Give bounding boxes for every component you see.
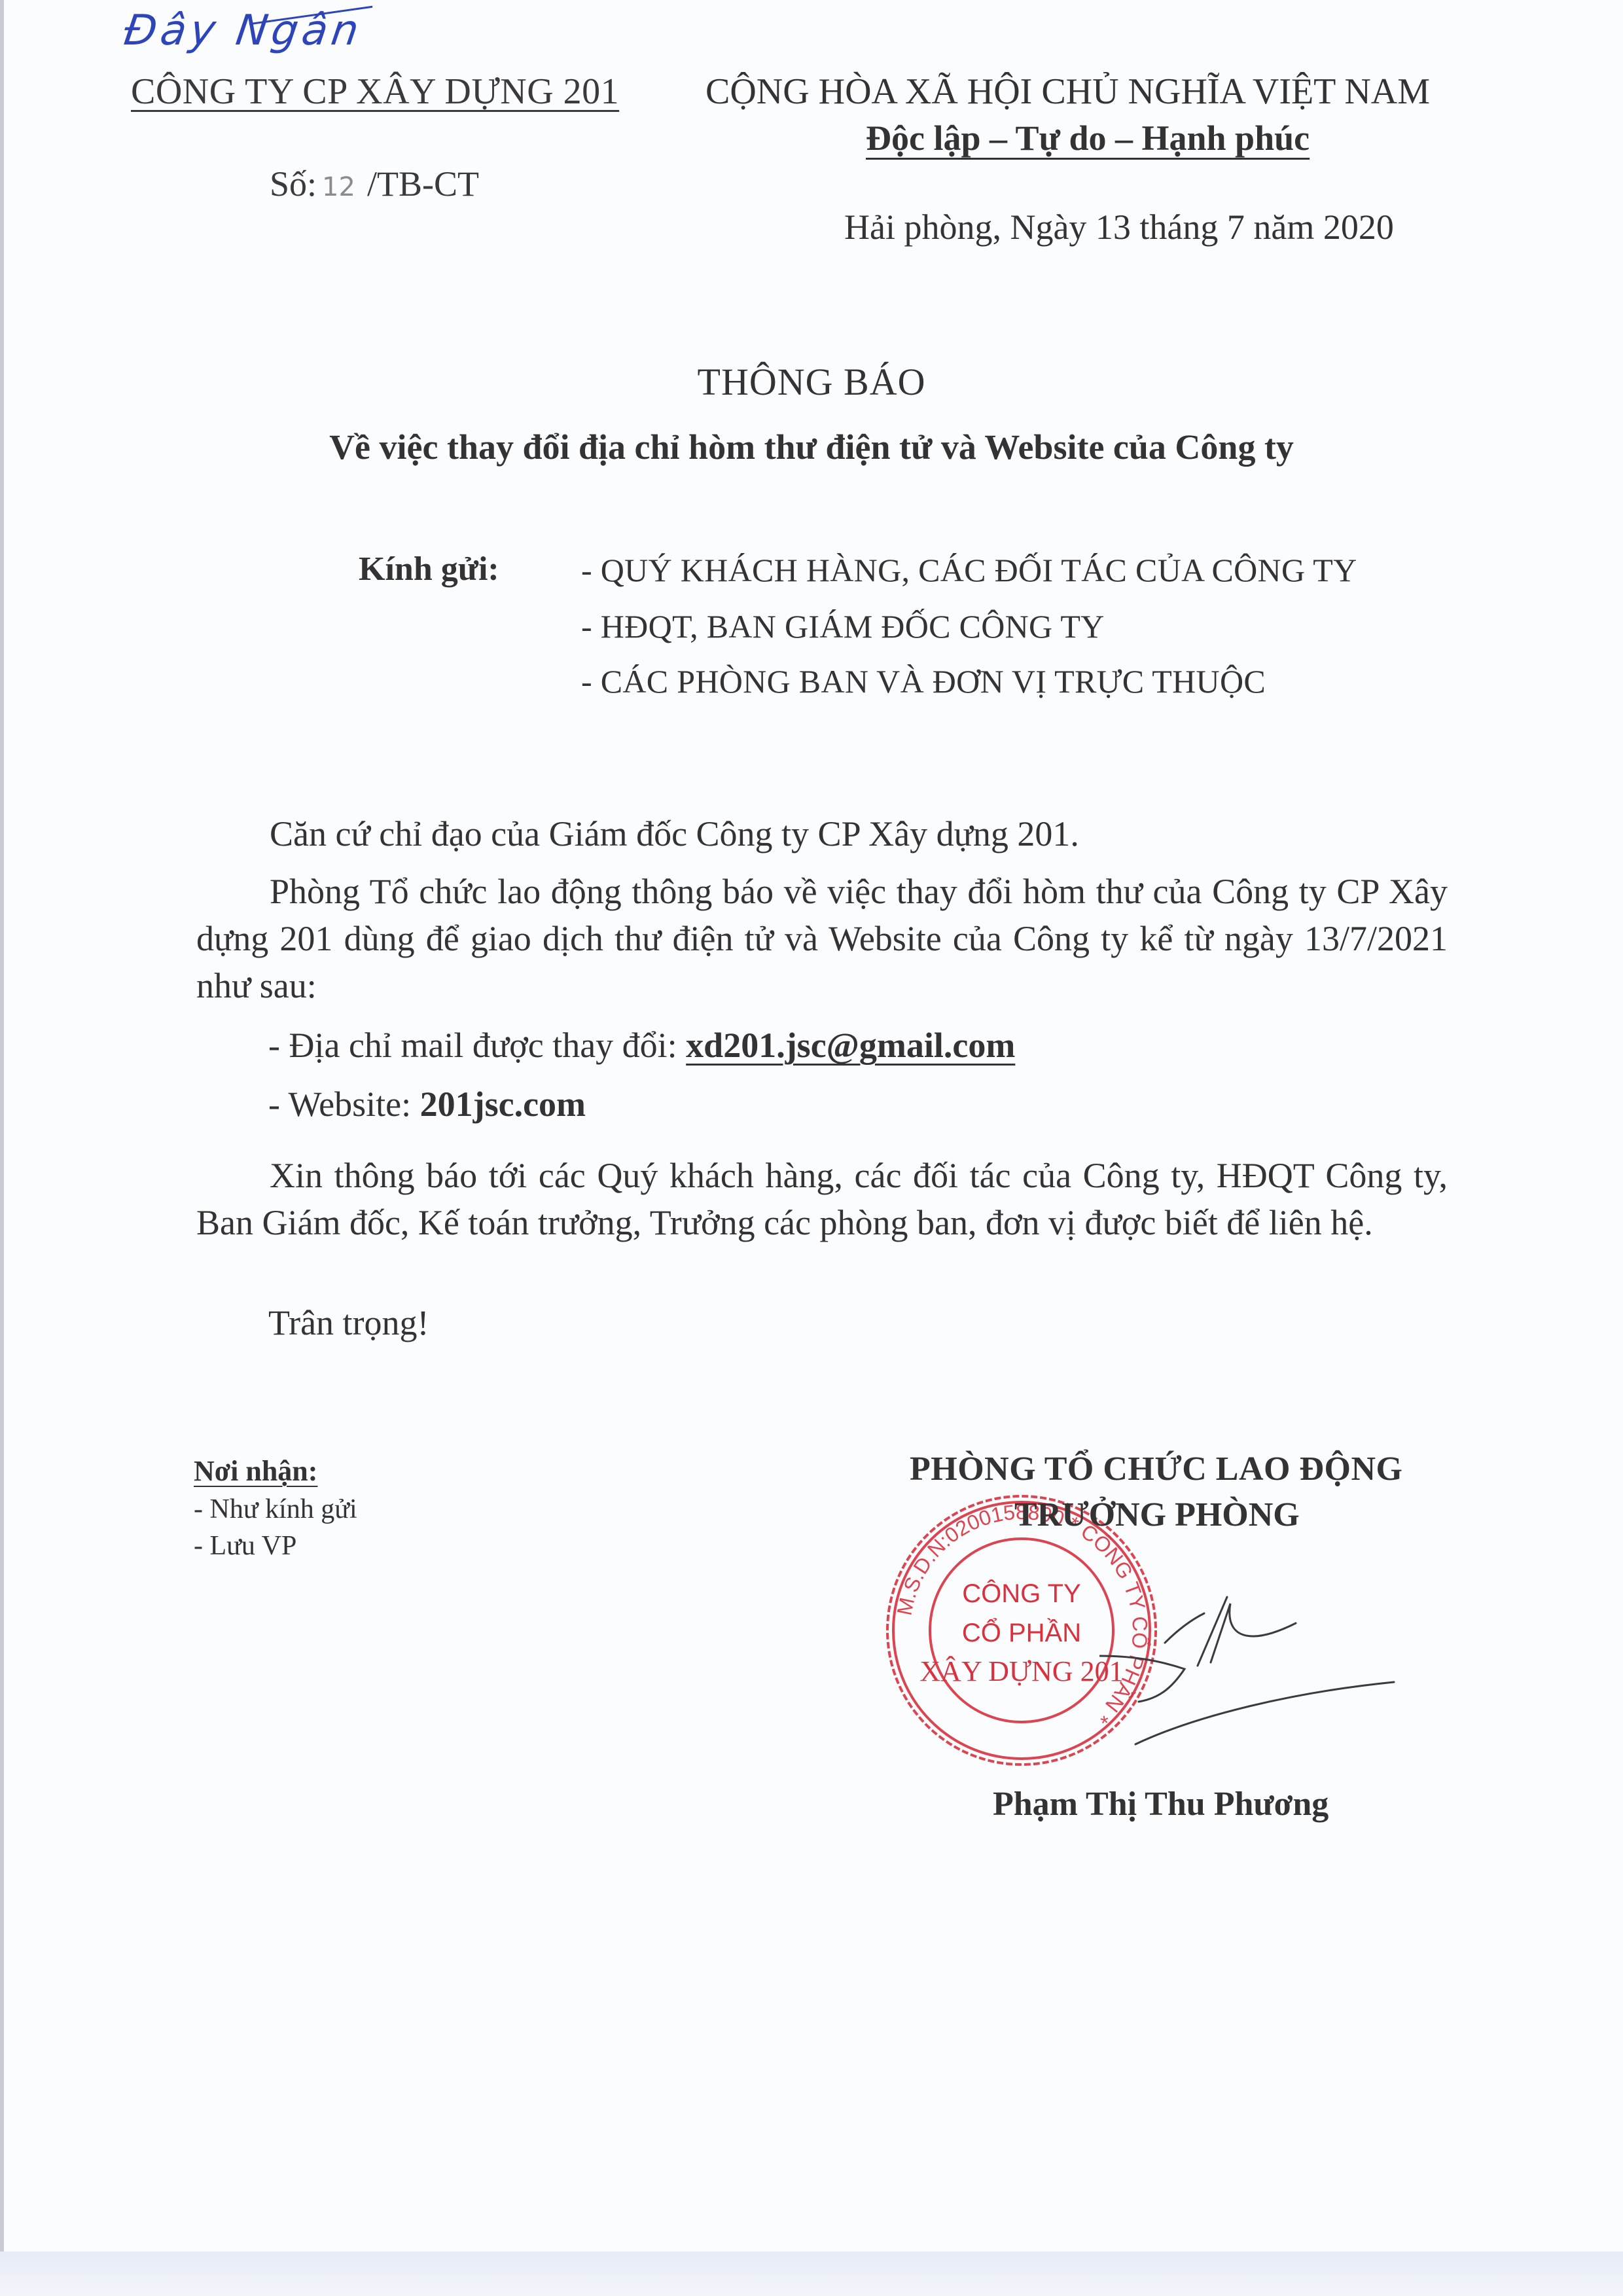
body-paragraph-3: Xin thông báo tới các Quý khách hàng, cá…: [196, 1152, 1448, 1246]
company-name-text: CÔNG TY CP XÂY DỰNG 201: [131, 71, 619, 112]
recipient-item: - Như kính gửi: [194, 1494, 357, 1525]
svg-text:XÂY DỰNG 201: XÂY DỰNG 201: [919, 1655, 1123, 1687]
website-line: - Website: 201jsc.com: [268, 1084, 586, 1124]
website-link[interactable]: 201jsc.com: [420, 1085, 586, 1124]
document-title: THÔNG BÁO: [0, 360, 1623, 404]
recipients-title: Nơi nhận:: [194, 1454, 317, 1488]
national-motto: Độc lập – Tự do – Hạnh phúc: [866, 118, 1310, 158]
addressee-label: Kính gửi:: [359, 550, 499, 588]
svg-text:CỔ PHẦN: CỔ PHẦN: [962, 1617, 1081, 1647]
website-label: - Website:: [268, 1085, 411, 1124]
svg-text:CÔNG TY: CÔNG TY: [962, 1579, 1081, 1608]
email-label: - Địa chỉ mail được thay đổi:: [268, 1026, 677, 1065]
email-line: - Địa chỉ mail được thay đổi: xd201.jsc@…: [268, 1025, 1015, 1066]
signature-icon: [1099, 1558, 1466, 1767]
place-date: Hải phòng, Ngày 13 tháng 7 năm 2020: [844, 207, 1394, 247]
body-paragraph-2: Phòng Tổ chức lao động thông báo về việc…: [196, 868, 1448, 1009]
scan-bottom-band: [0, 2251, 1623, 2296]
scan-edge: [0, 0, 4, 2296]
signing-department: PHÒNG TỔ CHỨC LAO ĐỘNG: [910, 1450, 1402, 1488]
doc-number-suffix: /TB-CT: [367, 164, 479, 204]
addressee-item: - CÁC PHÒNG BAN VÀ ĐƠN VỊ TRỰC THUỘC: [581, 662, 1266, 700]
body-paragraph-1: Căn cứ chỉ đạo của Giám đốc Công ty CP X…: [196, 810, 1448, 857]
doc-number-handwritten: 12: [317, 172, 367, 202]
document-subtitle: Về việc thay đổi địa chỉ hòm thư điện tử…: [0, 427, 1623, 467]
document-page: Đây Ngân CÔNG TY CP XÂY DỰNG 201 Số:12/T…: [0, 0, 1623, 2296]
signing-role: TRƯỞNG PHÒNG: [1014, 1496, 1300, 1534]
email-link[interactable]: xd201.jsc@gmail.com: [686, 1026, 1015, 1065]
document-number: Số:12/TB-CT: [270, 164, 479, 204]
doc-number-prefix: Số:: [270, 164, 317, 204]
company-name: CÔNG TY CP XÂY DỰNG 201: [131, 71, 619, 113]
signer-name: Phạm Thị Thu Phương: [993, 1785, 1329, 1823]
recipient-item: - Lưu VP: [194, 1530, 296, 1562]
closing: Trân trọng!: [268, 1302, 429, 1343]
addressee-item: - QUÝ KHÁCH HÀNG, CÁC ĐỐI TÁC CỦA CÔNG T…: [581, 551, 1357, 589]
addressee-item: - HĐQT, BAN GIÁM ĐỐC CÔNG TY: [581, 607, 1105, 645]
national-title: CỘNG HÒA XÃ HỘI CHỦ NGHĨA VIỆT NAM: [705, 71, 1430, 113]
